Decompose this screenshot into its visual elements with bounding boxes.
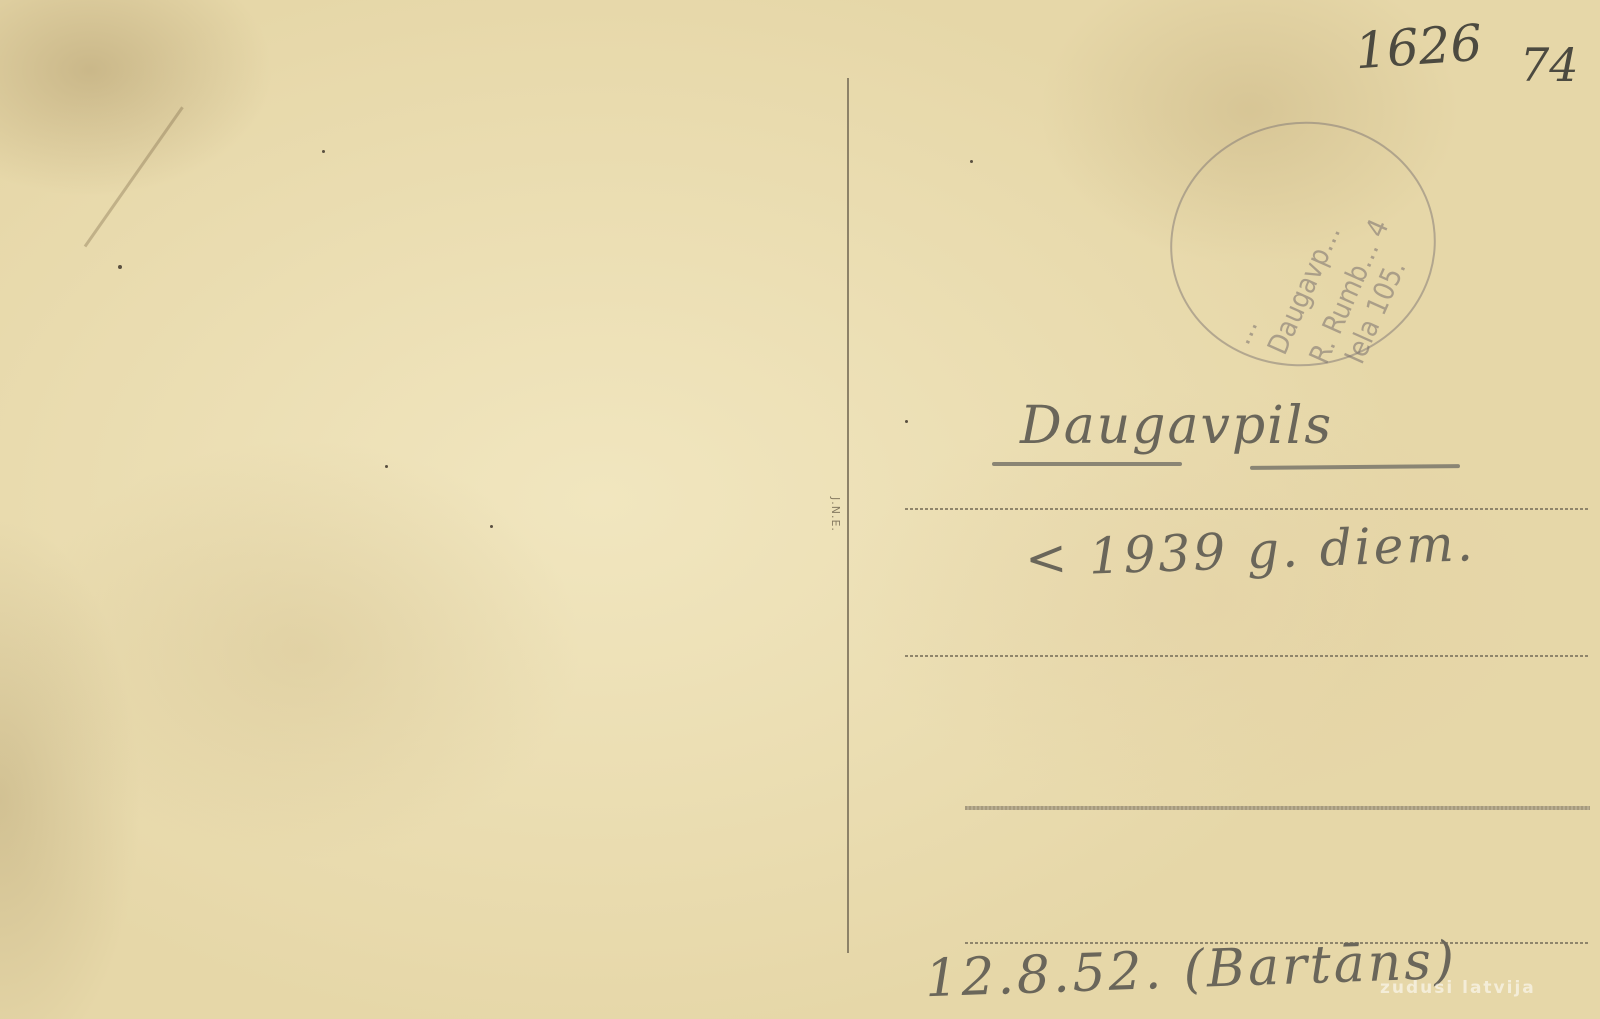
paper-spot — [322, 150, 325, 153]
place-underline — [1250, 464, 1460, 470]
address-line — [905, 508, 1590, 510]
address-line — [905, 655, 1590, 657]
postcard-back: J.N.E. 1626 74 … Daugavp… R. Rumb… 4 Iel… — [0, 0, 1600, 1019]
archive-subnumber: 74 — [1520, 38, 1579, 92]
center-divider-line — [847, 78, 849, 953]
paper-spot — [118, 265, 122, 269]
circular-stamp: … Daugavp… R. Rumb… 4 Iela 105. — [1154, 105, 1451, 384]
handwritten-date-note: < 1939 g. diem. — [1024, 514, 1476, 588]
watermark: zudusi latvija — [1380, 978, 1536, 998]
stamp-line: … — [1224, 313, 1264, 349]
address-line — [965, 806, 1590, 810]
archive-number: 1626 — [1353, 14, 1484, 81]
divider-print-mark: J.N.E. — [829, 497, 842, 532]
paper-crease — [84, 106, 184, 247]
paper-spot — [385, 465, 388, 468]
paper-spot — [970, 160, 973, 163]
place-underline — [992, 462, 1182, 466]
paper-spot — [905, 420, 908, 423]
handwritten-place-name: Daugavpils — [1020, 396, 1333, 456]
paper-spot — [490, 525, 493, 528]
